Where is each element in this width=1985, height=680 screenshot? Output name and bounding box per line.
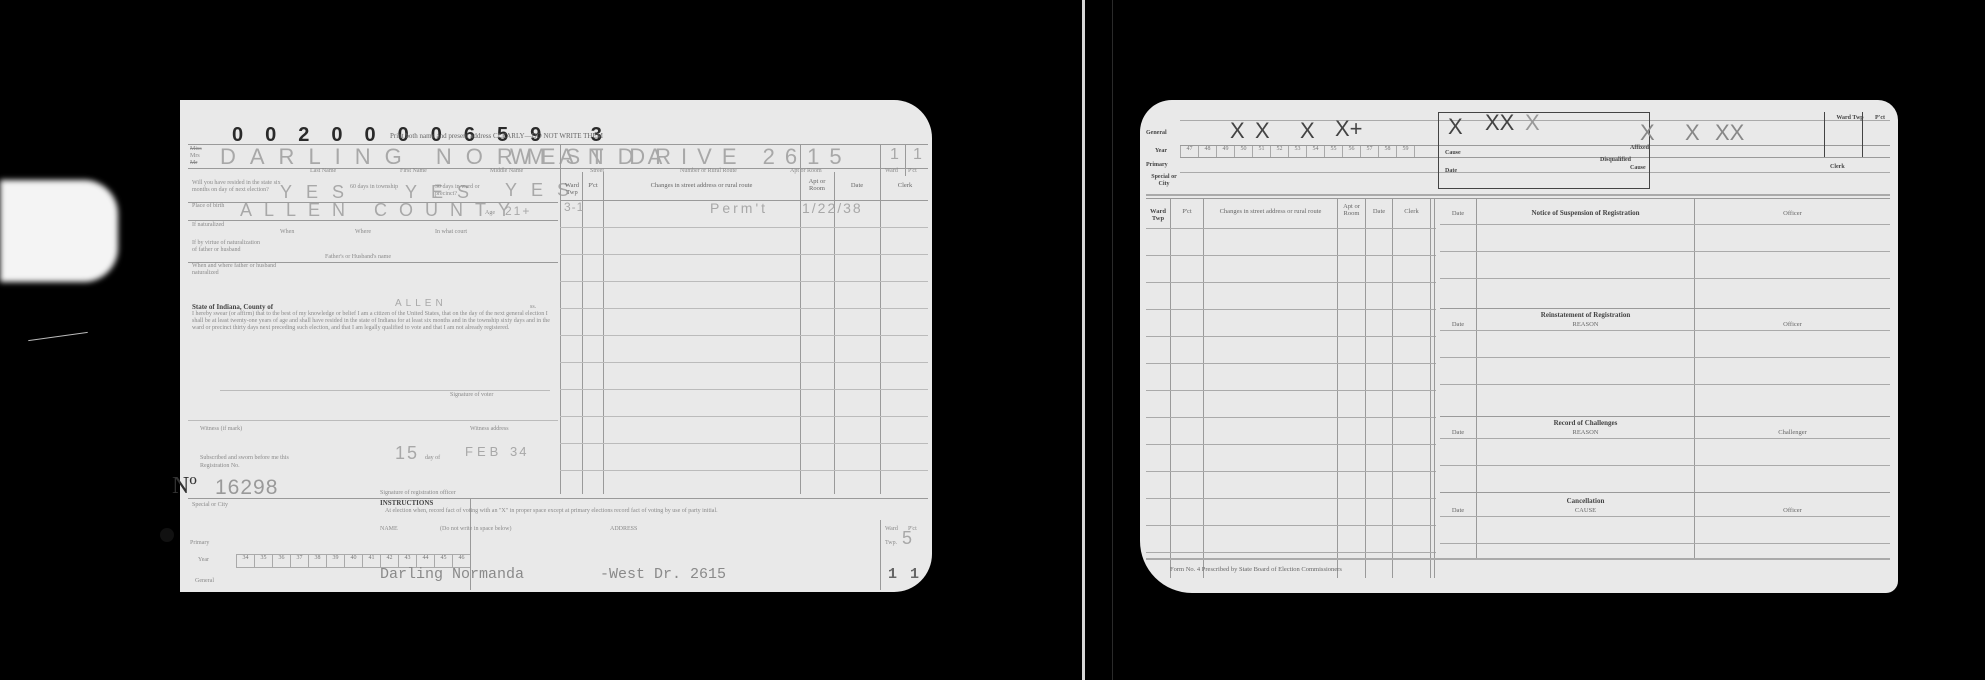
year-cell: 50	[1234, 146, 1252, 157]
apt-label: Apt or Room	[790, 168, 822, 175]
year-cell: 53	[1288, 146, 1306, 157]
registration-card-back: General Year Primary Special or City 47 …	[1140, 100, 1898, 593]
stub-ward-label: Ward	[885, 526, 898, 533]
subscribed-day: 15	[395, 443, 419, 464]
ward-value: 1	[890, 146, 909, 164]
vote-x-mark: X	[1255, 118, 1270, 144]
stub-address-label: ADDRESS	[610, 526, 637, 533]
number-symbol: Nº	[172, 473, 197, 500]
col-ward-twp: Ward Twp	[563, 182, 581, 196]
pct-label: P'ct	[1875, 115, 1885, 122]
form-footer: Form No. 4 Prescribed by State Board of …	[1170, 566, 1342, 573]
row-year: Year	[198, 557, 209, 564]
reinstatement-date-header: Date	[1440, 321, 1476, 328]
row-primary: Primary	[190, 540, 209, 547]
registration-no-label: Registration No.	[200, 463, 240, 470]
row-primary: Primary	[1146, 162, 1168, 169]
year-cell: 34	[236, 555, 254, 567]
year-cell: 57	[1360, 146, 1378, 157]
vote-x-mark: X	[1525, 110, 1540, 136]
header-instruction: Print both name and present address CLEA…	[390, 133, 603, 140]
year-cell: 55	[1324, 146, 1342, 157]
instructions-text: At election when, record fact of voting …	[385, 508, 805, 515]
typed-name: Darling Normanda	[380, 566, 524, 583]
date-label: Date	[1445, 168, 1457, 175]
oath-ss: ss.	[530, 304, 536, 311]
frame-divider-thin	[1112, 0, 1113, 680]
year-cell: 54	[1306, 146, 1324, 157]
year-cell: 59	[1396, 146, 1415, 157]
vote-x-mark: X	[1300, 118, 1315, 144]
cause-label: Cause	[1445, 150, 1461, 157]
year-cell: 51	[1252, 146, 1270, 157]
year-cell: 37	[290, 555, 308, 567]
suspension-officer-header: Officer	[1695, 210, 1890, 217]
father-husband-label: If by virtue of naturalization of father…	[192, 240, 262, 254]
year-cell: 35	[254, 555, 272, 567]
disqualified-label: Disqualified	[1600, 157, 1631, 164]
subscribed-month: FEB	[465, 444, 502, 459]
reinstatement-reason-header: REASON	[1477, 321, 1694, 328]
residency-question-state: Will you have resided in the state six m…	[192, 180, 282, 194]
row-general: General	[195, 578, 214, 585]
pct-label: P'ct	[908, 168, 917, 175]
birth-place-value: ALLEN COUNTY	[240, 200, 522, 221]
subscribed-label: Subscribed and sworn before me this	[200, 455, 330, 462]
typed-ward: 1	[888, 566, 897, 583]
ward-label: Ward	[885, 168, 898, 175]
year-cell: 40	[344, 555, 362, 567]
row-ward: 3-1	[564, 200, 584, 214]
subscribed-year: 34	[510, 444, 528, 459]
year-cell: 38	[308, 555, 326, 567]
reinstatement-officer-header: Officer	[1695, 321, 1890, 328]
vote-x-mark: XX	[1715, 120, 1744, 146]
vote-x-mark: X+	[1335, 116, 1363, 142]
street-label: Street	[590, 168, 604, 175]
row-date: 1/22/38	[802, 200, 863, 216]
col-date: Date	[836, 182, 878, 189]
signature-label: Signature of voter	[450, 392, 493, 399]
suspension-date-header: Date	[1440, 210, 1476, 217]
number-label: Number or Rural Route	[680, 168, 737, 175]
last-name-label: Last Name	[310, 168, 336, 175]
officer-signature-label: Signature of registration officer	[380, 490, 456, 497]
year-cell: 56	[1342, 146, 1360, 157]
col-pct: P'ct	[1171, 208, 1203, 215]
disqualified-cause-label: Cause	[1630, 165, 1646, 172]
age-label: Age	[485, 210, 495, 217]
pct-value: 1	[913, 146, 936, 164]
stub-twp-label: Twp.	[885, 540, 897, 547]
col-clerk: Clerk	[882, 182, 928, 189]
residency-question-ward: 30 days in ward or precinct?	[435, 184, 495, 198]
witness-label: Witness (if mark)	[200, 426, 242, 433]
year-cell: 41	[362, 555, 380, 567]
birth-label: Place of birth	[192, 203, 230, 210]
cancellation-date-header: Date	[1440, 507, 1476, 514]
row-year: Year	[1155, 148, 1167, 155]
father-husband-name-label: Father's or Husband's name	[325, 254, 391, 261]
year-cell: 48	[1198, 146, 1216, 157]
row-general: General	[1146, 130, 1167, 137]
age-value: 21+	[505, 204, 531, 218]
title-mr: Mr	[190, 160, 197, 167]
naturalized-where-label: Where	[355, 229, 371, 236]
clerk-label: Clerk	[1830, 164, 1845, 171]
col-ward-twp: Ward Twp	[1146, 208, 1170, 222]
moved-stamp-box	[1438, 112, 1650, 189]
naturalized-when-label: When	[280, 229, 294, 236]
when-where-naturalized-label: When and where father or husband natural…	[192, 263, 292, 277]
stub-do-not-write: (Do not write in space below)	[440, 526, 511, 533]
vote-x-mark: X	[1640, 120, 1655, 146]
year-cell: 58	[1378, 146, 1396, 157]
reinstatement-title: Reinstatement of Registration	[1477, 312, 1694, 319]
middle-name-label: Middle Name	[490, 168, 523, 175]
punch-hole	[160, 528, 174, 542]
col-clerk: Clerk	[1393, 208, 1430, 215]
title-mrs: Mrs	[190, 153, 200, 160]
year-cell: 49	[1216, 146, 1234, 157]
col-apt-room: Apt or Room	[1338, 203, 1365, 217]
scanner-glare	[0, 180, 118, 282]
day-of-label: day of	[425, 455, 440, 462]
typed-pct: 1	[910, 566, 919, 583]
stub-pct-handwritten: 5	[902, 528, 926, 549]
back-year-row: 47 48 49 50 51 52 53 54 55 56 57 58 59	[1180, 146, 1415, 157]
typed-address: -West Dr. 2615	[600, 566, 726, 583]
challenges-date-header: Date	[1440, 429, 1476, 436]
row-special-city: Special or City	[190, 502, 230, 509]
challenger-header: Challenger	[1695, 429, 1890, 436]
witness-address-label: Witness address	[470, 426, 509, 433]
residency-question-township: 60 days in township	[350, 184, 405, 191]
oath-state-label: State of Indiana, County of	[192, 304, 273, 311]
oath-text: I hereby swear (or affirm) that to the b…	[192, 311, 552, 332]
vote-x-mark: X	[1448, 114, 1463, 140]
year-cell: 39	[326, 555, 344, 567]
row-change: Perm't	[710, 200, 768, 216]
title-miss: Miss	[190, 146, 202, 153]
naturalized-label: If naturalized	[192, 222, 237, 229]
vote-x-mark: X	[1685, 120, 1700, 146]
naturalized-court-label: In what court	[435, 229, 467, 236]
col-date: Date	[1366, 208, 1392, 215]
year-cell: 47	[1180, 146, 1198, 157]
col-changes: Changes in street address or rural route	[605, 182, 798, 189]
cancellation-officer-header: Officer	[1695, 507, 1890, 514]
challenges-title: Record of Challenges	[1477, 420, 1694, 427]
year-cell: 36	[272, 555, 290, 567]
scan-artifact-line	[28, 332, 88, 341]
cancellation-cause-header: CAUSE	[1477, 507, 1694, 514]
suspension-title: Notice of Suspension of Registration	[1477, 210, 1694, 217]
vote-x-mark: X	[1230, 118, 1245, 144]
vote-x-mark: XX	[1485, 110, 1514, 136]
challenges-reason-header: REASON	[1477, 429, 1694, 436]
cancellation-title: Cancellation	[1477, 498, 1694, 505]
oath-county-value: ALLEN	[395, 298, 447, 309]
registration-number: 16298	[215, 476, 278, 500]
ward-twp-label: Ward Twp	[1835, 115, 1865, 122]
col-pct: P'ct	[584, 182, 602, 189]
frame-divider	[1082, 0, 1085, 680]
row-special-city: Special or City	[1148, 174, 1180, 188]
year-cell: 52	[1270, 146, 1288, 157]
affixed-label: Affixed	[1630, 145, 1649, 152]
col-changes: Changes in street address or rural route	[1204, 208, 1337, 215]
instructions-title: INSTRUCTIONS	[380, 500, 433, 507]
col-apt-room: Apt or Room	[802, 178, 832, 192]
stub-name-label: NAME	[380, 526, 398, 533]
first-name-label: First Name	[400, 168, 427, 175]
registration-card-front: 0020000659 3 Print both name and present…	[180, 100, 932, 592]
